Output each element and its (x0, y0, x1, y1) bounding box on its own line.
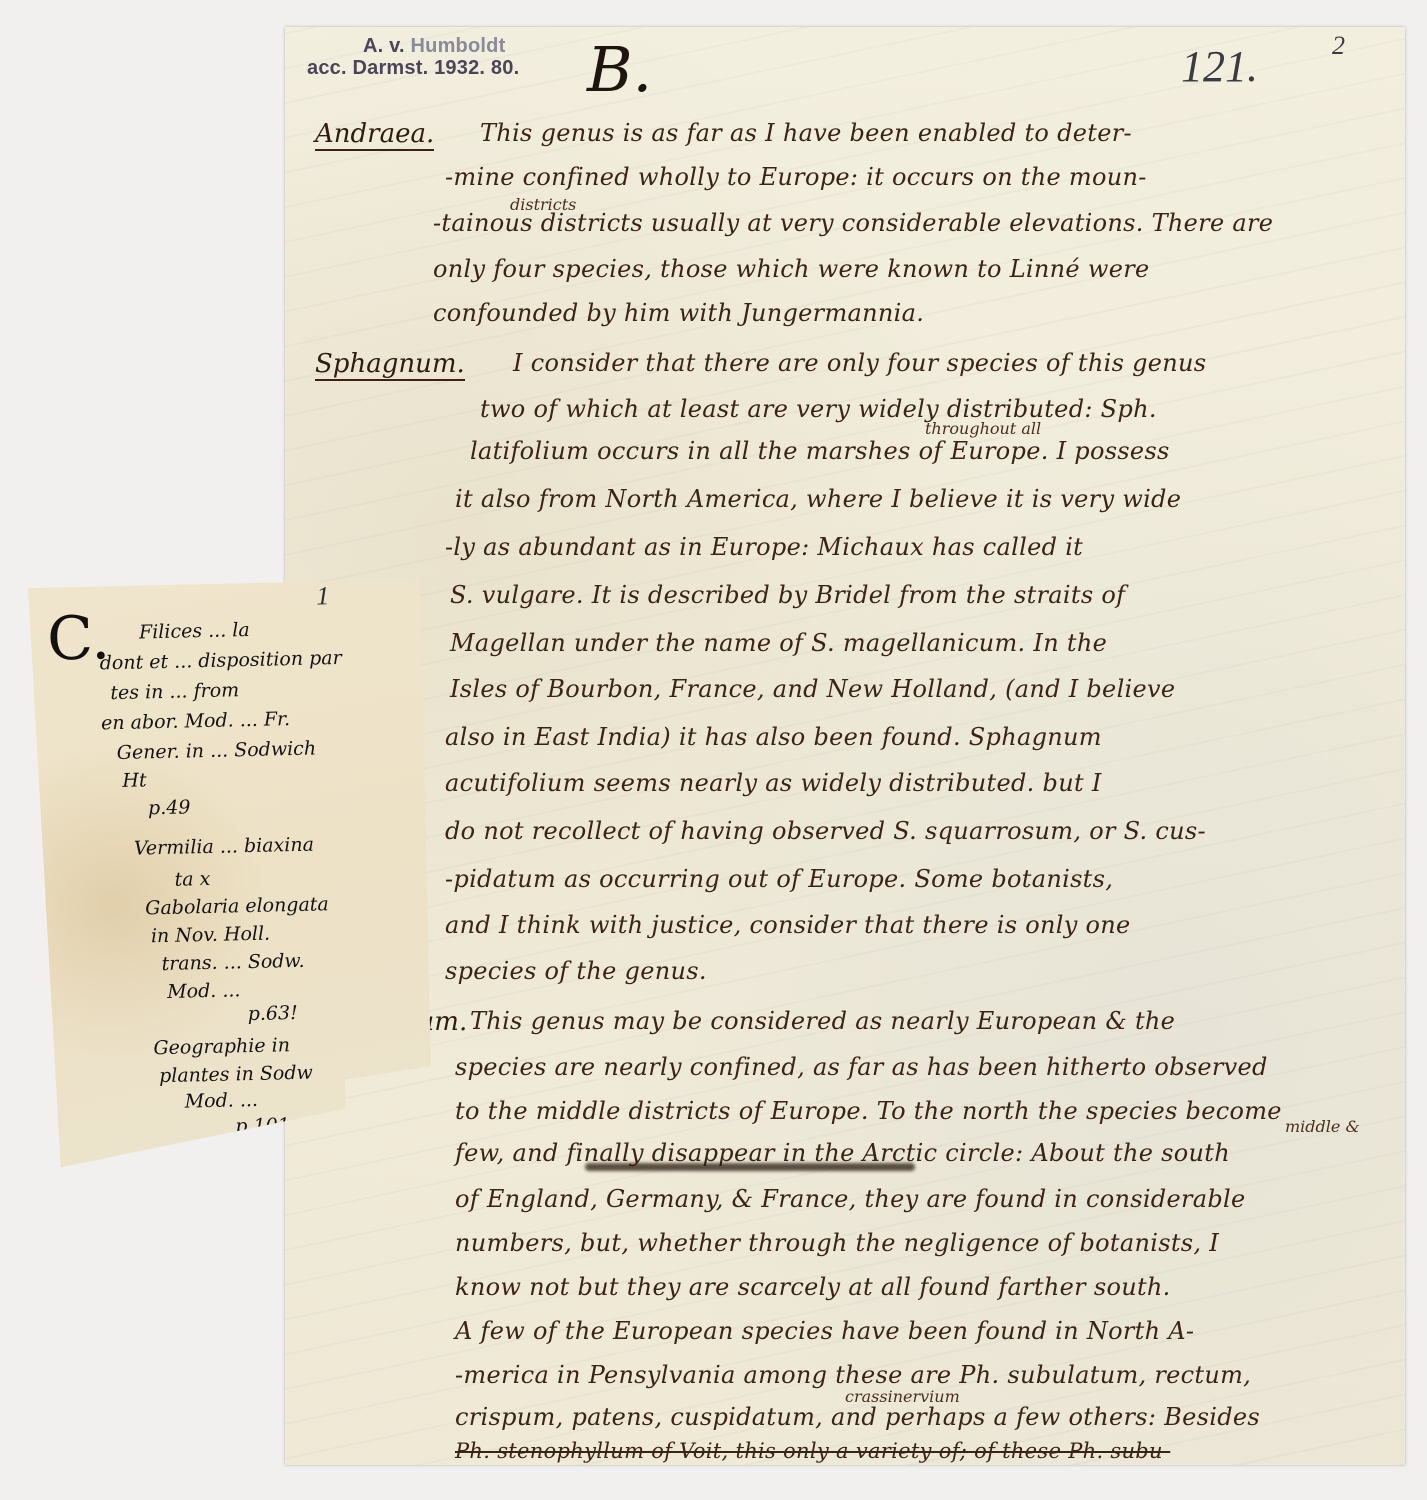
slip-line: ta x (174, 868, 210, 891)
text-line: -tainous districts usually at very consi… (433, 209, 1273, 237)
text-line: species are nearly confined, as far as h… (455, 1053, 1268, 1081)
text-line: do not recollect of having observed S. s… (445, 817, 1206, 845)
manuscript-text: Andraea. This genus is as far as I have … (285, 27, 1405, 1465)
slip-line: dont et ... disposition par (99, 647, 341, 674)
text-line: -ly as abundant as in Europe: Michaux ha… (445, 533, 1083, 561)
slip-line: trans. ... Sodw. (161, 950, 304, 975)
slip-line: p.49 (148, 796, 191, 819)
slip-line: Mod. ... (167, 979, 241, 1003)
slip-line: p.63! (247, 1002, 298, 1025)
slip-line: Ht (122, 769, 147, 792)
slip-line: in Nov. Holl. (151, 923, 271, 948)
text-line: confounded by him with Jungermannia. (433, 299, 924, 327)
text-line: -merica in Pensylvania among these are P… (455, 1361, 1251, 1389)
slip-line: Gabolaria elongata (145, 893, 329, 919)
text-line: species of the genus. (445, 957, 707, 985)
text-line: This genus is as far as I have been enab… (480, 119, 1132, 147)
slip-line: Geographie in (153, 1034, 290, 1059)
text-line: crispum, patens, cuspidatum, and perhaps… (455, 1403, 1260, 1431)
text-line: S. vulgare. It is described by Bridel fr… (450, 581, 1125, 609)
text-line: This genus may be considered as nearly E… (470, 1007, 1175, 1035)
slip-line: Gener. in ... Sodwich (117, 738, 317, 765)
text-line: I consider that there are only four spec… (513, 349, 1206, 377)
text-line: -mine confined wholly to Europe: it occu… (445, 163, 1147, 191)
text-line: also in East India) it has also been fou… (445, 723, 1102, 751)
manuscript-page: A. v. Humboldt acc. Darmst. 1932. 80. B.… (285, 27, 1405, 1465)
text-line: acutifolium seems nearly as widely distr… (445, 769, 1102, 797)
text-line: to the middle districts of Europe. To th… (455, 1097, 1282, 1125)
slip-line: plantes in Sodw (159, 1062, 313, 1087)
slip-line: tes in ... from (110, 679, 239, 704)
text-line: -pidatum as occurring out of Europe. Som… (445, 865, 1113, 893)
text-line: only four species, those which were know… (433, 255, 1149, 283)
text-line: latifolium occurs in all the marshes of … (470, 437, 1170, 465)
genus-heading-sphagnum: Sphagnum. (315, 349, 465, 381)
text-line: it also from North America, where I beli… (455, 485, 1181, 513)
insertion-throughout-all: throughout all (925, 419, 1041, 438)
slip-line: 248. (241, 1138, 284, 1161)
genus-heading-andreaea: Andraea. (315, 119, 434, 151)
slip-line: Mod. ... (184, 1089, 258, 1113)
text-line: Magellan under the name of S. magellanic… (450, 629, 1107, 657)
slip-line: Vermilia ... biaxina (134, 834, 314, 860)
slip-line: en abor. Mod. ... Fr. (101, 708, 290, 734)
insertion-middle-and: middle & (1285, 1117, 1360, 1136)
text-line: and I think with justice, consider that … (445, 911, 1131, 939)
slip-number: 1 (316, 581, 330, 611)
text-line: Isles of Bourbon, France, and New Hollan… (450, 675, 1175, 703)
text-line: A few of the European species have been … (455, 1317, 1194, 1345)
struck-text-line: Ph. stenophyllum of Voit, this only a va… (455, 1439, 1170, 1463)
ink-smudge (585, 1163, 915, 1171)
text-line: two of which at least are very widely di… (480, 395, 1157, 423)
text-line: of England, Germany, & France, they are … (455, 1185, 1245, 1213)
text-line: know not but they are scarcely at all fo… (455, 1273, 1171, 1301)
text-line: numbers, but, whether through the neglig… (455, 1229, 1219, 1257)
slip-line: Filices ... la (139, 619, 250, 644)
